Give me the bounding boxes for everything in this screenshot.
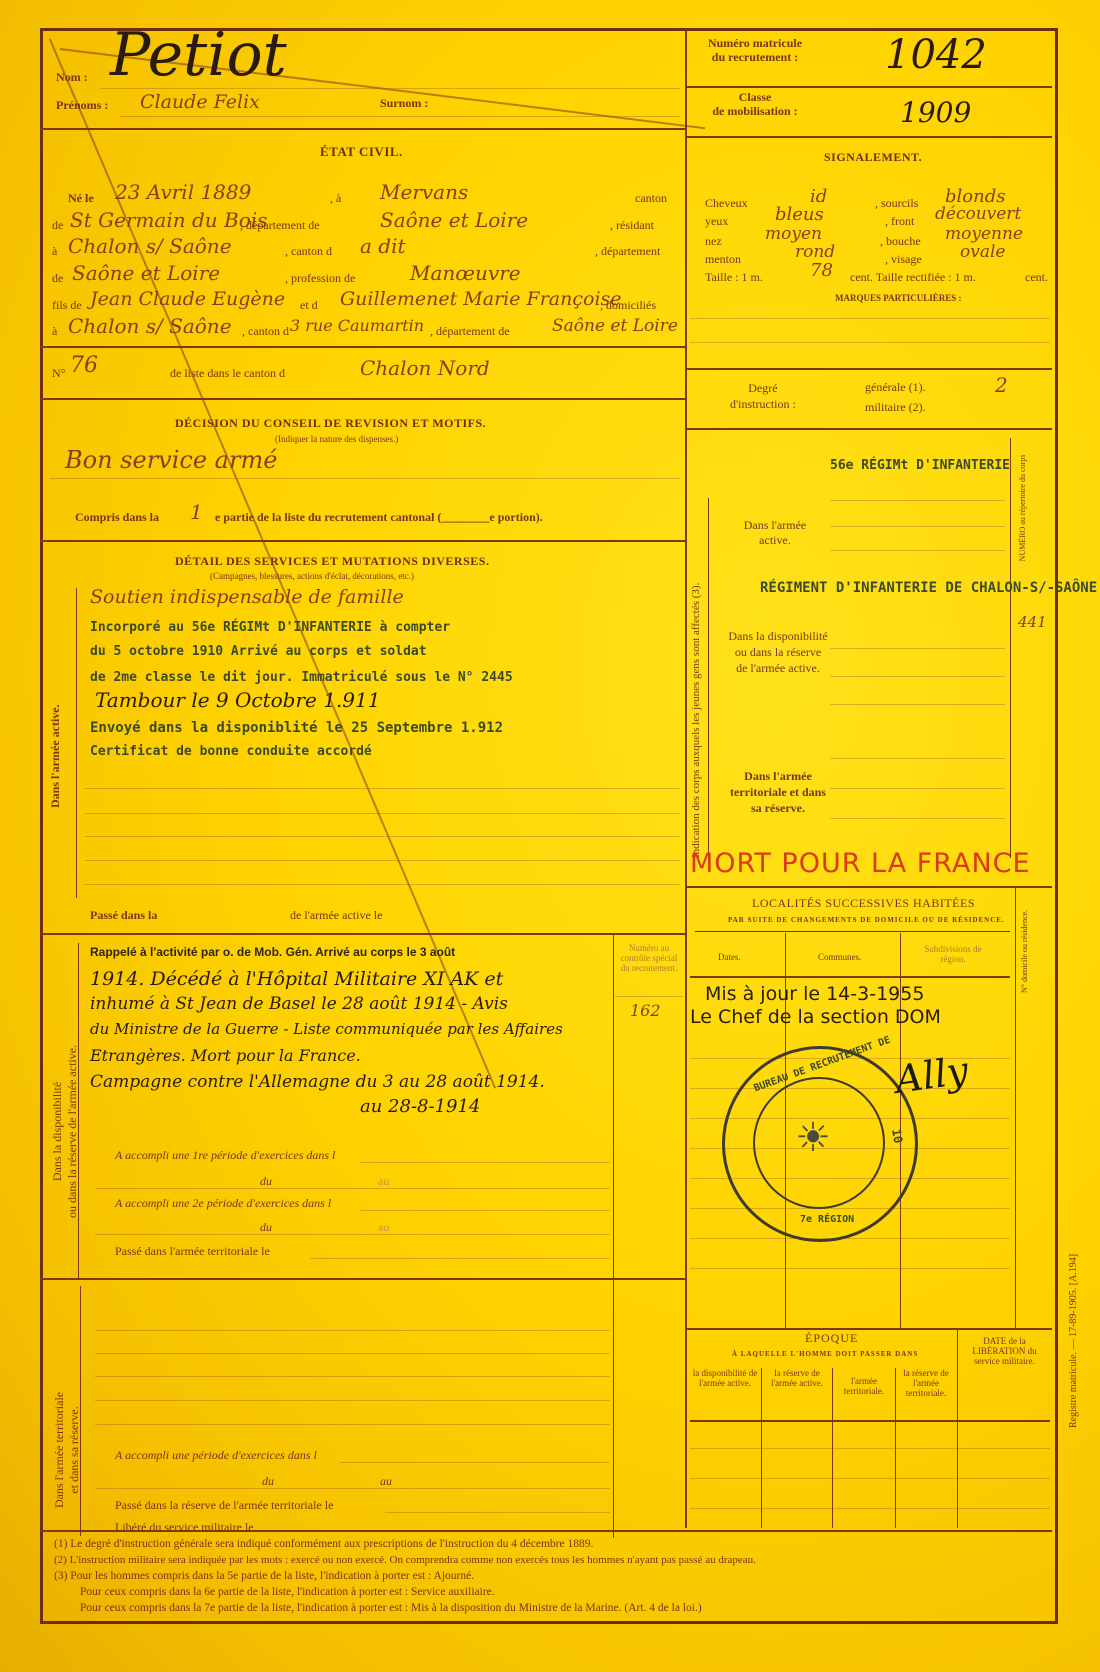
a2-label: à — [52, 244, 57, 259]
localites-title: LOCALITÉS SUCCESSIVES HABITÉES — [752, 896, 975, 911]
seal-number: 10 — [889, 1128, 905, 1145]
rule — [690, 976, 1010, 978]
dispo-line-2: inhumé à St Jean de Basel le 28 août 191… — [90, 994, 508, 1014]
rule — [85, 884, 680, 885]
footnote-1: (1) Le degré d'instruction générale sera… — [54, 1538, 593, 1550]
localites-subtitle: PAR SUITE DE CHANGEMENTS DE DOMICILE OU … — [728, 916, 1005, 924]
corps-numero-value: 441 — [1018, 613, 1047, 631]
prenoms-value: Claude Felix — [140, 91, 260, 113]
rule — [685, 136, 1052, 138]
decision-title: DÉCISION DU CONSEIL DE REVISION ET MOTIF… — [175, 416, 486, 431]
rule — [40, 933, 685, 935]
prenoms-label: Prénoms : — [56, 98, 108, 113]
rule — [95, 1376, 610, 1377]
profession-label: , profession de — [285, 271, 355, 286]
rule — [95, 1488, 610, 1489]
militaire-label: militaire (2). — [865, 400, 926, 415]
rule — [40, 1278, 685, 1280]
disponibilite-side-label: Dans la disponibilité ou dans la réserve… — [50, 1045, 80, 1218]
de-liste-label: de liste dans le canton d — [170, 366, 285, 381]
rule — [360, 1210, 610, 1211]
localites-col-dates: Dates. — [718, 952, 741, 962]
departement2-label: , département — [595, 244, 660, 259]
epoque-title: ÉPOQUE — [805, 1331, 858, 1346]
residant-label: , résidant — [610, 218, 654, 233]
territoriale-periode-label: A accompli une période d'exercices dans … — [115, 1448, 317, 1463]
column-divider — [613, 1278, 614, 1538]
rule — [690, 318, 1050, 319]
column-divider — [613, 933, 614, 1278]
rule — [85, 813, 680, 814]
rule — [690, 1238, 1010, 1239]
territoriale-du-label: du — [262, 1474, 274, 1489]
a-value: Mervans — [380, 180, 468, 204]
rule — [685, 368, 1052, 370]
rule — [95, 1234, 610, 1235]
dispo-line-0: Rappelé à l'activité par o. de Mob. Gén.… — [90, 945, 455, 959]
disponibilite-side-2: ou dans la réserve de l'armée active. — [65, 1045, 79, 1218]
classe-label: Classe de mobilisation : — [695, 90, 815, 118]
rule — [830, 526, 1005, 527]
epoque-col-1: la réserve de l'armée active. — [762, 1368, 832, 1388]
generale-value: 2 — [995, 373, 1008, 397]
rule — [40, 1530, 1052, 1532]
corps-disponibilite-stamp: RÉGIMENT D'INFANTERIE DE CHALON-S/-SAÔNE — [760, 580, 1097, 596]
dispo-line-4: Etrangères. Mort pour la France. — [90, 1046, 361, 1065]
canton2-label: , canton d — [285, 244, 332, 259]
rule — [120, 116, 680, 117]
rule — [685, 86, 1052, 88]
canton2-value: a dit — [360, 234, 406, 258]
corps-disponibilite-label: Dans la disponibilité ou dans la réserve… — [728, 628, 828, 676]
services-line-1: Incorporé au 56e RÉGIMt D'INFANTERIE à c… — [90, 620, 450, 635]
mere-value: Guillemenet Marie Françoise — [340, 288, 622, 310]
column-divider — [1015, 888, 1016, 1328]
rule — [85, 860, 680, 861]
rule — [360, 1162, 610, 1163]
compris-label: Compris dans la — [75, 510, 159, 525]
front-value: découvert — [935, 204, 1021, 224]
numero-value: 76 — [70, 353, 98, 378]
epoque-col-0: la disponibilité de l'armée active. — [690, 1368, 760, 1388]
taille-value: 78 — [810, 260, 833, 281]
taille-suffix: cent. Taille rectifiée : 1 m. — [850, 270, 976, 285]
bouche-label: , bouche — [880, 234, 921, 249]
numero-label: N° — [52, 366, 65, 381]
departement-label: , département de — [240, 218, 320, 233]
nom-value: Petiot — [110, 20, 287, 90]
menton-value: rond — [795, 242, 835, 262]
departement-value: Saône et Loire — [380, 208, 528, 232]
numero-repertoire-label: NUMÉRO au répertoire du corps — [1018, 448, 1027, 568]
departement3-value: Saône et Loire — [552, 316, 678, 336]
corps-active-label: Dans l'armée active. — [730, 518, 820, 548]
marques-label: MARQUES PARTICULIÈRES : — [835, 293, 962, 303]
passe-suffix: de l'armée active le — [290, 908, 382, 923]
rule — [85, 836, 680, 837]
rule — [40, 346, 685, 348]
footnote-2: (2) L'instruction militaire sera indiqué… — [54, 1554, 756, 1566]
epoque-subtitle: À LAQUELLE L'HOMME DOIT PASSER DANS — [732, 1350, 918, 1358]
decision-value: Bon service armé — [65, 446, 277, 474]
rule — [830, 788, 1005, 789]
territoriale-side-2: et dans sa réserve. — [67, 1406, 81, 1493]
rule — [85, 788, 680, 789]
rule — [830, 550, 1005, 551]
rule — [690, 342, 1050, 343]
recruitment-seal: BUREAU DE RECRUTEMENT DE 10 7e RÉGION ☀ — [722, 1046, 918, 1242]
a-label: , à — [330, 191, 341, 206]
canton-label: canton — [635, 191, 667, 206]
matricule-label: Numéro matricule du recrutement : — [695, 36, 815, 64]
nez-label: nez — [705, 234, 722, 249]
ne-le-value: 23 Avril 1889 — [115, 180, 251, 204]
du2-label: du — [260, 1220, 272, 1235]
instruction-label-2: d'instruction : — [730, 397, 796, 411]
localites-col-subdivisions: Subdivisions de région. — [918, 944, 988, 964]
footnote-3: (3) Pour les hommes compris dans la 5e p… — [54, 1570, 474, 1582]
front-label: , front — [885, 214, 914, 229]
passe-territoriale-label: Passé dans l'armée territoriale le — [115, 1244, 270, 1259]
military-record-sheet: Nom : Petiot Prénoms : Claude Felix Surn… — [40, 28, 1062, 1628]
seal-text-bottom: 7e RÉGION — [800, 1214, 854, 1225]
classe-label-2: de mobilisation : — [712, 104, 797, 118]
rule — [830, 818, 1005, 819]
services-line-6: Certificat de bonne conduite accordé — [90, 744, 372, 759]
corps-active-value: 56e RÉGIMt D'INFANTERIE — [830, 458, 1010, 473]
bracket — [708, 498, 709, 858]
services-line-2: du 5 octobre 1910 Arrivé au corps et sol… — [90, 644, 427, 659]
footnote-4: Pour ceux compris dans la 6e partie de l… — [80, 1586, 495, 1598]
et-de-label: et d — [300, 298, 318, 313]
numero-controle-header: Numéro au contrôle spécial du recrutemen… — [618, 943, 680, 973]
tirage-canton-value: Chalon Nord — [360, 356, 490, 380]
departement3-label: , département de — [430, 324, 510, 339]
partie-text: e partie de la liste du recrutement cant… — [215, 510, 441, 524]
periode2-label: A accompli une 2e période d'exercices da… — [115, 1196, 331, 1211]
bracket — [76, 588, 77, 898]
dispo-line-1: 1914. Décédé à l'Hôpital Militaire XI AK… — [90, 968, 503, 990]
profession-value: Manœuvre — [410, 261, 521, 285]
column-divider — [957, 1328, 958, 1528]
localites-col-communes: Communes. — [818, 952, 861, 962]
dispo-line-6: au 28-8-1914 — [360, 1096, 480, 1117]
pere-value: Jean Claude Eugène — [90, 288, 285, 310]
sourcils-label: , sourcils — [875, 196, 918, 211]
visage-label: , visage — [885, 252, 922, 267]
yeux-label: yeux — [705, 214, 728, 229]
epoque-col-2: l'armée territoriale. — [833, 1376, 895, 1396]
portion-text: e portion). — [489, 510, 542, 524]
corps-side-label: Indication des corps auxquels les jeunes… — [690, 583, 702, 858]
cent-label: cent. — [1025, 270, 1048, 285]
passe-label: Passé dans la — [90, 908, 157, 923]
signalement-title: SIGNALEMENT. — [824, 150, 922, 165]
bouche-value: moyenne — [945, 224, 1023, 244]
domicile-value: Chalon s/ Saône — [68, 314, 232, 338]
departement2-value: Saône et Loire — [72, 261, 220, 285]
canton3-label: , canton d — [242, 324, 289, 339]
rule — [40, 398, 685, 400]
rule — [40, 128, 685, 130]
rule — [95, 1330, 610, 1331]
territoriale-au-label: au — [380, 1474, 392, 1489]
territoriale-side-label: Dans l'armée territoriale et dans sa rés… — [52, 1392, 82, 1508]
ne-le-label: Né le — [68, 191, 94, 206]
footnote-5: Pour ceux compris dans la 7e partie de l… — [80, 1602, 702, 1614]
nez-value: moyen — [765, 224, 822, 244]
rule — [95, 1424, 610, 1425]
localites-annotation-1: Mis à jour le 14-3-1955 — [705, 983, 924, 1005]
rule — [615, 996, 683, 997]
rule — [830, 676, 1005, 677]
generale-label: générale (1). — [865, 380, 926, 395]
au1-label: au — [378, 1174, 389, 1189]
domicilies-label: , domiciliés — [600, 298, 656, 313]
canton3-value: 3 rue Caumartin — [290, 316, 424, 335]
taille-label: Taille : 1 m. — [705, 270, 763, 285]
matricule-value: 1042 — [885, 32, 987, 78]
seal-emblem-icon: ☀ — [795, 1114, 831, 1161]
rule — [690, 1508, 1050, 1509]
rule — [340, 1462, 610, 1463]
epoque-date-header: DATE de la LIBÉRATION du service militai… — [962, 1336, 1047, 1366]
rule — [50, 478, 680, 479]
decision-subtitle: (Indiquer la nature des dispenses.) — [275, 434, 398, 444]
services-title: DÉTAIL DES SERVICES ET MUTATIONS DIVERSE… — [175, 554, 489, 569]
margin-note: Registre matricule. — 17-89-1905. [A.194… — [1068, 1254, 1079, 1428]
au2-label: au — [378, 1220, 389, 1235]
rule — [830, 500, 1005, 501]
canton-value: St Germain du Bois — [70, 208, 267, 232]
corps-territoriale-label: Dans l'armée territoriale et dans sa rés… — [728, 768, 828, 816]
nom-label: Nom : — [56, 70, 88, 85]
passe-reserve-label: Passé dans la réserve de l'armée territo… — [115, 1498, 333, 1513]
numero-controle-value: 162 — [630, 1001, 661, 1020]
rule — [830, 648, 1005, 649]
column-divider — [1010, 438, 1011, 858]
localites-annotation-2: Le Chef de la section DOM — [690, 1006, 941, 1028]
rule — [830, 704, 1005, 705]
residence-value: Chalon s/ Saône — [68, 234, 232, 258]
partie-value: 1 — [190, 500, 203, 524]
rule — [95, 1188, 610, 1189]
services-line-3: de 2me classe le dit jour. Immatriculé s… — [90, 670, 513, 685]
rule — [100, 88, 680, 89]
disponibilite-side-1: Dans la disponibilité — [50, 1082, 64, 1181]
matricule-label-2: du recrutement : — [712, 50, 798, 64]
rule — [685, 1328, 1052, 1330]
rule — [690, 1268, 1010, 1269]
localites-side-column: N° domicile ou résidence. — [1020, 910, 1029, 993]
menton-label: menton — [705, 252, 741, 267]
services-line-4: Tambour le 9 Octobre 1.911 — [95, 688, 380, 712]
partie-label: e partie de la liste du recrutement cant… — [215, 510, 543, 525]
instruction-label: Degré d'instruction : — [730, 380, 796, 412]
territoriale-side-1: Dans l'armée territoriale — [52, 1392, 66, 1508]
rule — [830, 758, 1005, 759]
epoque-col-3: la réserve de l'armée territoriale. — [895, 1368, 957, 1398]
rule — [690, 1420, 1050, 1422]
dispo-line-5: Campagne contre l'Allemagne du 3 au 28 a… — [90, 1072, 545, 1092]
de-liste-text: de liste dans le canton d — [170, 366, 285, 380]
rule — [95, 1400, 610, 1401]
de2-label: de — [52, 271, 63, 286]
etat-civil-title: ÉTAT CIVIL. — [320, 144, 403, 160]
fils-de-label: fils de — [52, 298, 82, 313]
rule — [310, 1258, 610, 1259]
visage-value: ovale — [960, 242, 1005, 262]
du1-label: du — [260, 1174, 272, 1189]
cheveux-label: Cheveux — [705, 196, 748, 211]
rule — [685, 428, 1052, 430]
matricule-label-1: Numéro matricule — [708, 36, 802, 50]
rule — [40, 540, 685, 542]
a3-label: à — [52, 324, 57, 339]
yeux-value: bleus — [775, 204, 824, 225]
classe-value: 1909 — [900, 96, 971, 129]
classe-label-1: Classe — [739, 90, 772, 104]
rule — [690, 1448, 1050, 1449]
services-line-5: Envoyé dans la disponiblité le 25 Septem… — [90, 720, 503, 736]
rule — [685, 886, 1052, 888]
mort-pour-la-france-stamp: MORT POUR LA FRANCE — [690, 848, 1031, 879]
rule — [95, 1353, 610, 1354]
rule — [695, 931, 1010, 932]
libere-label: Libéré du service militaire le — [115, 1520, 254, 1535]
periode1-label: A accompli une 1re période d'exercices d… — [115, 1148, 335, 1163]
surnom-label: Surnom : — [380, 96, 428, 111]
instruction-label-1: Degré — [748, 381, 777, 395]
rule — [690, 1478, 1050, 1479]
rule — [385, 1512, 610, 1513]
dispo-line-3: du Ministre de la Guerre - Liste communi… — [90, 1020, 563, 1038]
services-side-label: Dans l'armée active. — [48, 704, 63, 808]
de-label: de — [52, 218, 63, 233]
column-divider — [685, 28, 687, 1528]
services-line-0: Soutien indispensable de famille — [90, 586, 404, 608]
services-subtitle: (Campagnes, blessures, actions d'éclat, … — [210, 571, 414, 581]
